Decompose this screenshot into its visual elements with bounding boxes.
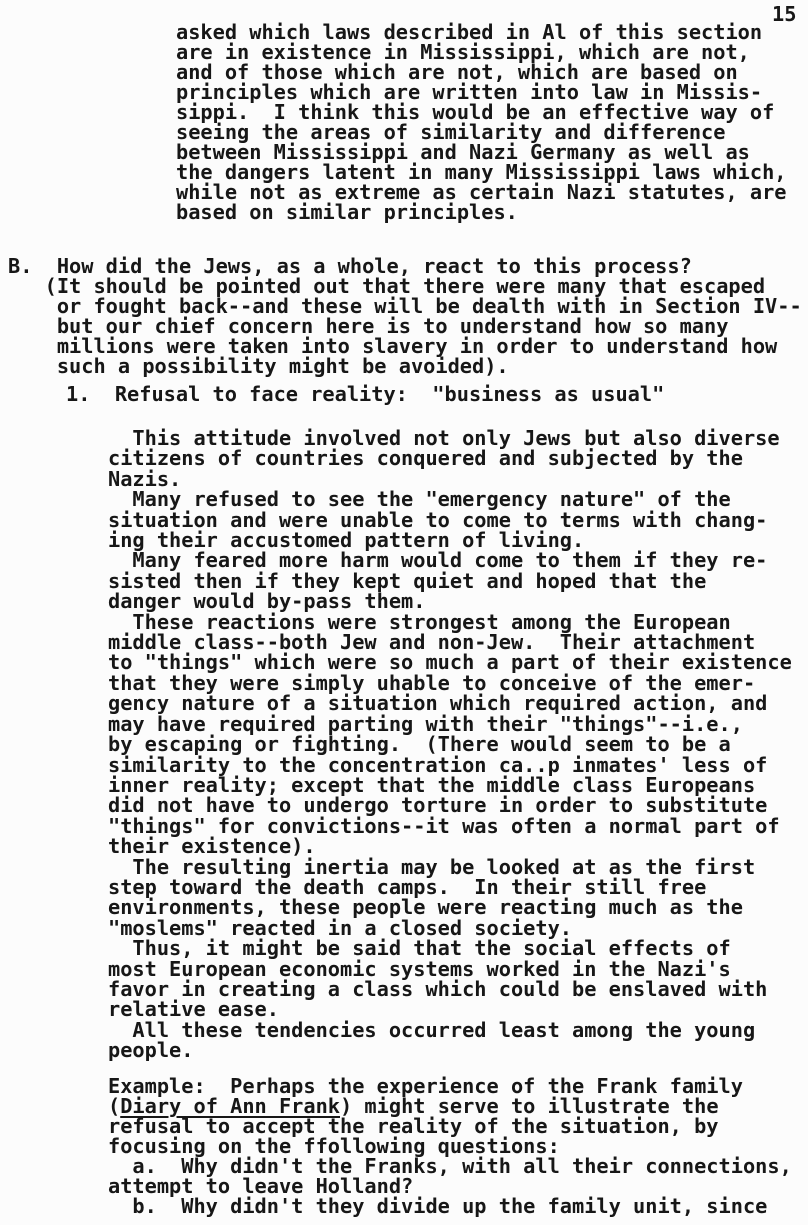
document-page: 15 asked which laws described in Al of t… xyxy=(0,0,808,1225)
body-text-block: This attitude involved not only Jews but… xyxy=(108,428,792,1061)
example-block: Example: Perhaps the experience of the F… xyxy=(108,1076,792,1216)
item-1-heading: 1. Refusal to face reality: "business as… xyxy=(66,384,664,404)
page-number: 15 xyxy=(772,4,796,24)
example-questions: refusal to accept the reality of the sit… xyxy=(108,1114,792,1218)
quoted-answer-block: asked which laws described in Al of this… xyxy=(176,22,787,222)
section-b-block: B. How did the Jews, as a whole, react t… xyxy=(8,256,802,376)
